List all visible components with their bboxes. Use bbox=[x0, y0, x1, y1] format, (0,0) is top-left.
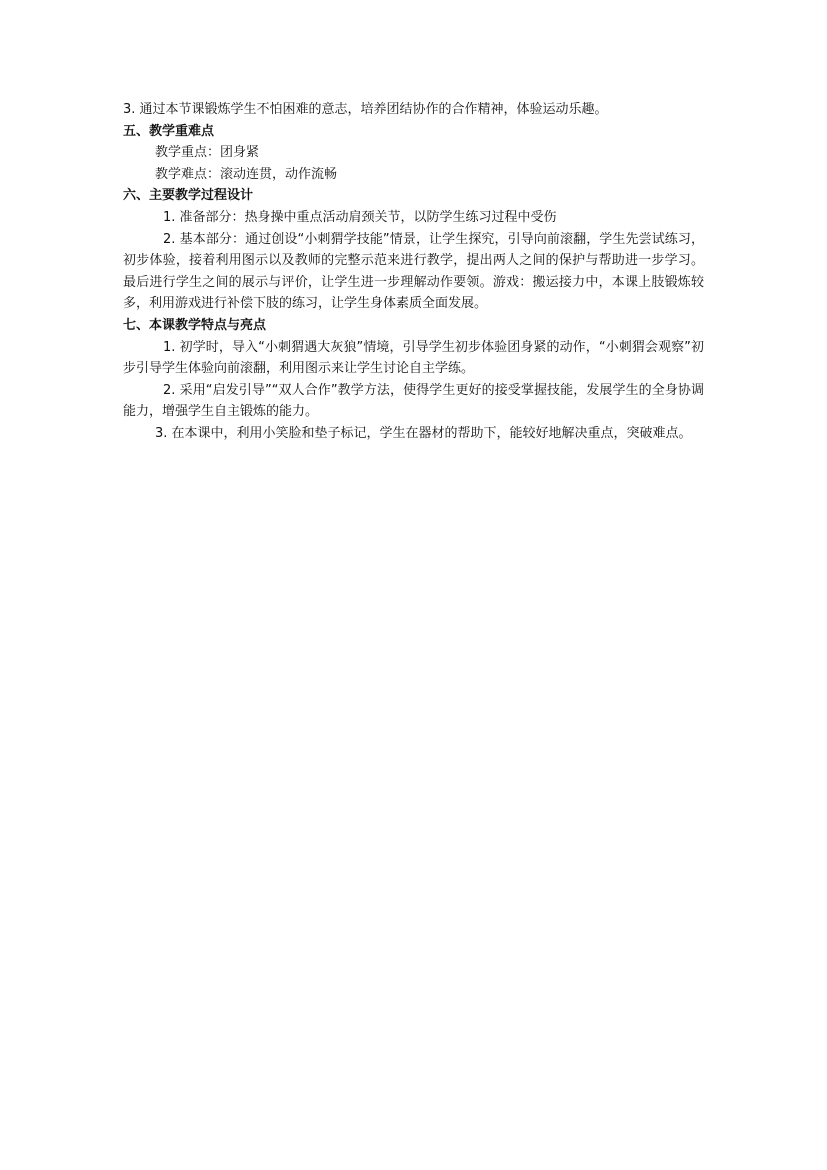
section-6-item-2: 2. 基本部分：通过创设“小刺猬学技能”情景，让学生探究，引导向前滚翻，学生先尝… bbox=[123, 229, 704, 315]
difficulty-text: 教学难点：滚动连贯，动作流畅 bbox=[123, 164, 704, 186]
section-6-heading: 六、主要教学过程设计 bbox=[123, 185, 704, 207]
section-7-item-1: 1. 初学时，导入“小刺猬遇大灰狼”情境，引导学生初步体验团身紧的动作，“小刺猬… bbox=[123, 337, 704, 380]
section-7-heading: 七、本课教学特点与亮点 bbox=[123, 315, 704, 337]
goal-3-text: 3. 通过本节课锻炼学生不怕困难的意志，培养团结协作的合作精神，体验运动乐趣。 bbox=[123, 99, 704, 121]
key-point-text: 教学重点：团身紧 bbox=[123, 142, 704, 164]
document-page: 3. 通过本节课锻炼学生不怕困难的意志，培养团结协作的合作精神，体验运动乐趣。 … bbox=[123, 99, 704, 466]
section-7-item-2: 2. 采用“启发引导”“双人合作”教学方法，使得学生更好的接受掌握技能，发展学生… bbox=[123, 380, 704, 423]
section-6-item-1: 1. 准备部分：热身操中重点活动肩颈关节，以防学生练习过程中受伤 bbox=[123, 207, 704, 229]
section-5-heading: 五、教学重难点 bbox=[123, 121, 704, 143]
section-7-item-3: 3. 在本课中，利用小笑脸和垫子标记，学生在器材的帮助下，能较好地解决重点，突破… bbox=[123, 423, 704, 466]
